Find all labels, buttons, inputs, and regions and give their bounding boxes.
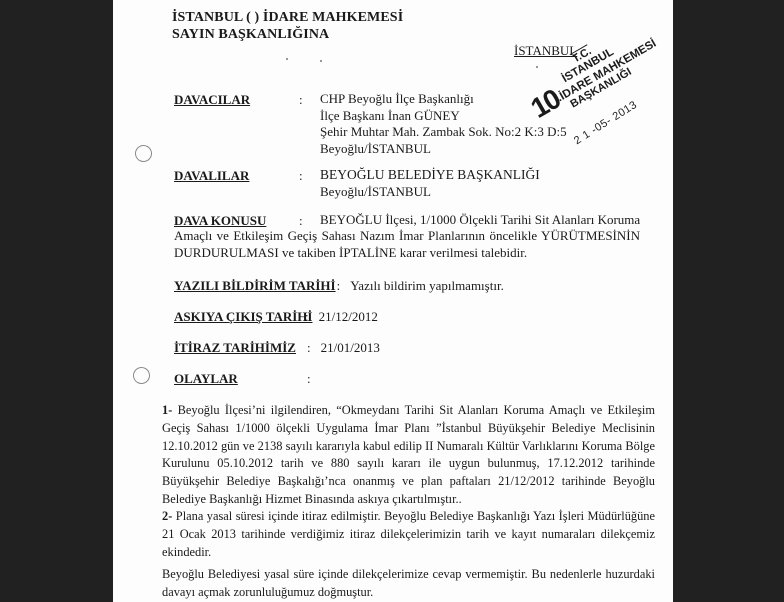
paragraph-2: 2- Plana yasal süresi içinde itiraz edil…: [162, 508, 655, 561]
defendants-label: DAVALILAR: [174, 168, 299, 184]
document-page: İSTANBUL ( ) İDARE MAHKEMESİ SAYIN BAŞKA…: [113, 0, 673, 602]
paragraph-number: 1-: [162, 403, 172, 417]
subject-rest: Amaçlı ve Etkileşim Geçiş Sahası Nazım İ…: [174, 228, 640, 261]
written-notice-label: YAZILI BİLDİRİM TARİHİ: [174, 278, 336, 294]
punch-hole: [131, 365, 153, 387]
punch-hole: [133, 143, 155, 165]
scan-speck: [320, 60, 322, 62]
paragraph-3: Beyoğlu Belediyesi yasal süre içinde dil…: [162, 566, 655, 602]
defendants-field: DAVALILAR:: [174, 167, 303, 185]
written-notice-value: Yazılı bildirim yapılmamıştır.: [350, 278, 504, 293]
objection-date-field: İTİRAZ TARİHİMİZ: 21/01/2013: [174, 339, 380, 357]
defendants-value: BEYOĞLU BELEDİYE BAŞKANLIĞI Beyoğlu/İSTA…: [320, 167, 540, 200]
plaintiffs-label: DAVACILAR: [174, 92, 299, 108]
paragraph-1: 1- Beyoğlu İlçesi’ni ilgilendiren, “Okme…: [162, 402, 655, 509]
posting-date-label: ASKIYA ÇIKIŞ TARİHİ: [174, 309, 305, 325]
scan-speck: [286, 58, 288, 60]
plaintiffs-value: CHP Beyoğlu İlçe Başkanlığı İlçe Başkanı…: [320, 91, 567, 157]
scan-speck: [536, 66, 538, 68]
court-heading: İSTANBUL ( ) İDARE MAHKEMESİ: [172, 10, 403, 26]
written-notice-field: YAZILI BİLDİRİM TARİHİ: Yazılı bildirim …: [174, 277, 504, 295]
address-heading: SAYIN BAŞKANLIĞINA: [172, 27, 329, 43]
paragraph-number: 2-: [162, 509, 172, 523]
objection-date-label: İTİRAZ TARİHİMİZ: [174, 340, 307, 356]
plaintiffs-field: DAVACILAR:: [174, 91, 303, 109]
subject-label: DAVA KONUSU: [174, 213, 299, 229]
events-field: OLAYLAR:: [174, 370, 311, 388]
objection-date-value: 21/01/2013: [321, 340, 380, 355]
subject-first-line: BEYOĞLU İlçesi, 1/1000 Ölçekli Tarihi Si…: [320, 212, 640, 229]
posting-date-field: ASKIYA ÇIKIŞ TARİHİ: 21/12/2012: [174, 308, 378, 326]
events-label: OLAYLAR: [174, 371, 307, 387]
posting-date-value: 21/12/2012: [319, 309, 378, 324]
